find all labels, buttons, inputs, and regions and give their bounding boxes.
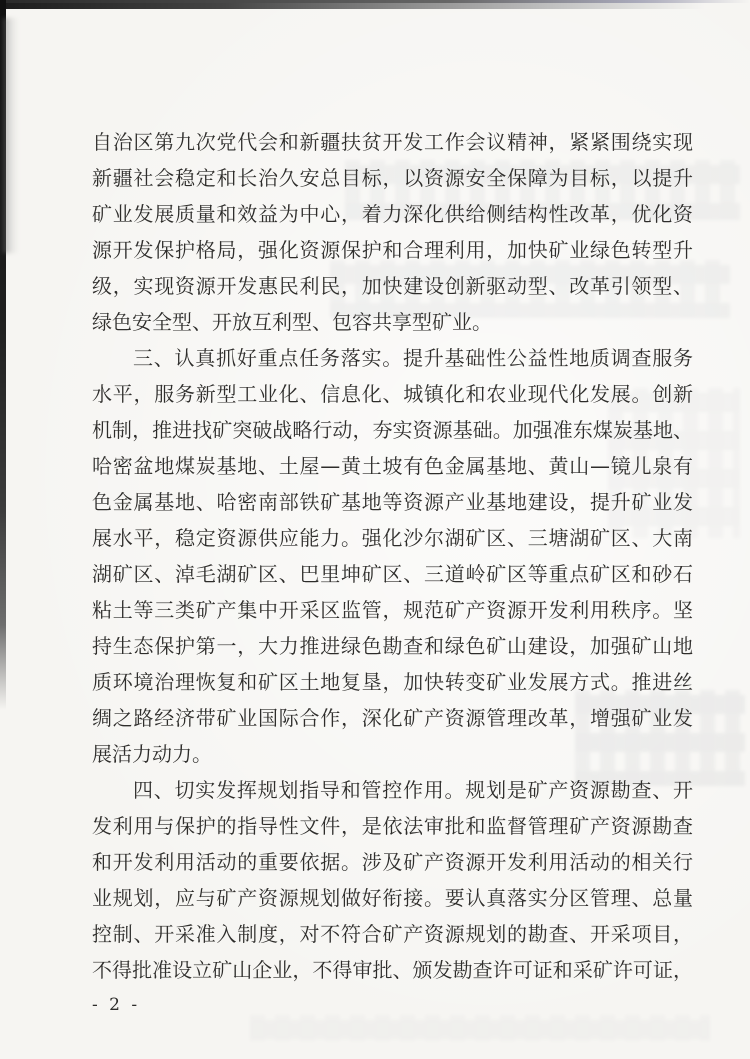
- text-line: 源开发保护格局，强化资源保护和合理利用，加快矿业绿色转型升: [92, 232, 693, 268]
- scan-edge-top-line: [0, 0, 750, 3]
- text-line: 四、切实发挥规划指导和管控作用。规划是矿产资源勘查、开: [92, 772, 693, 808]
- text-line: 发利用与保护的指导性文件，是依法审批和监督管理矿产资源勘查: [92, 808, 693, 844]
- text-line: 绸之路经济带矿业国际合作，深化矿产资源管理改革，增强矿业发: [92, 700, 693, 736]
- document-body-text: 自治区第九次党代会和新疆扶贫开发工作会议精神，紧紧围绕实现新疆社会稳定和长治久安…: [92, 124, 693, 988]
- text-line: 水平，服务新型工业化、信息化、城镇化和农业现代化发展。创新: [92, 376, 693, 412]
- bleedthrough-artifact-5: [250, 1015, 710, 1041]
- text-line: 自治区第九次党代会和新疆扶贫开发工作会议精神，紧紧围绕实现: [92, 124, 693, 160]
- text-line: 三、认真抓好重点任务落实。提升基础性公益性地质调查服务: [92, 340, 693, 376]
- text-line: 粘土等三类矿产集中开采区监管，规范矿产资源开发利用秩序。坚: [92, 592, 693, 628]
- text-line: 控制、开采准入制度，对不符合矿产资源规划的勘查、开采项目，: [92, 916, 693, 952]
- text-line: 级，实现资源开发惠民利民，加快建设创新驱动型、改革引领型、: [92, 268, 693, 304]
- text-line: 湖矿区、淖毛湖矿区、巴里坤矿区、三道岭矿区等重点矿区和砂石: [92, 556, 693, 592]
- text-line: 不得批准设立矿山企业，不得审批、颁发勘查许可证和采矿许可证，: [92, 952, 693, 988]
- scan-edge-left-shadow: [3, 18, 18, 253]
- text-line: 新疆社会稳定和长治久安总目标，以资源安全保障为目标，以提升: [92, 160, 693, 196]
- text-line: 业规划，应与矿产资源规划做好衔接。要认真落实分区管理、总量: [92, 880, 693, 916]
- text-line: 矿业发展质量和效益为中心，着力深化供给侧结构性改革，优化资: [92, 196, 693, 232]
- text-line: 机制，推进找矿突破战略行动，夯实资源基础。加强准东煤炭基地、: [92, 412, 693, 448]
- text-line: 展水平，稳定资源供应能力。强化沙尔湖矿区、三塘湖矿区、大南: [92, 520, 693, 556]
- text-line: 哈密盆地煤炭基地、土屋—黄土坡有色金属基地、黄山—镜儿泉有: [92, 448, 693, 484]
- text-line: 色金属基地、哈密南部铁矿基地等资源产业基地建设，提升矿业发: [92, 484, 693, 520]
- text-line: 绿色安全型、开放互利型、包容共享型矿业。: [92, 304, 693, 340]
- page-number: - 2 -: [92, 994, 140, 1016]
- text-line: 质环境治理恢复和矿区土地复垦，加快转变矿业发展方式。推进丝: [92, 664, 693, 700]
- scanned-document-page: 自治区第九次党代会和新疆扶贫开发工作会议精神，紧紧围绕实现新疆社会稳定和长治久安…: [0, 0, 750, 1059]
- text-line: 和开发利用活动的重要依据。涉及矿产资源开发利用活动的相关行: [92, 844, 693, 880]
- text-line: 展活力动力。: [92, 736, 693, 772]
- text-line: 持生态保护第一，大力推进绿色勘查和绿色矿山建设，加强矿山地: [92, 628, 693, 664]
